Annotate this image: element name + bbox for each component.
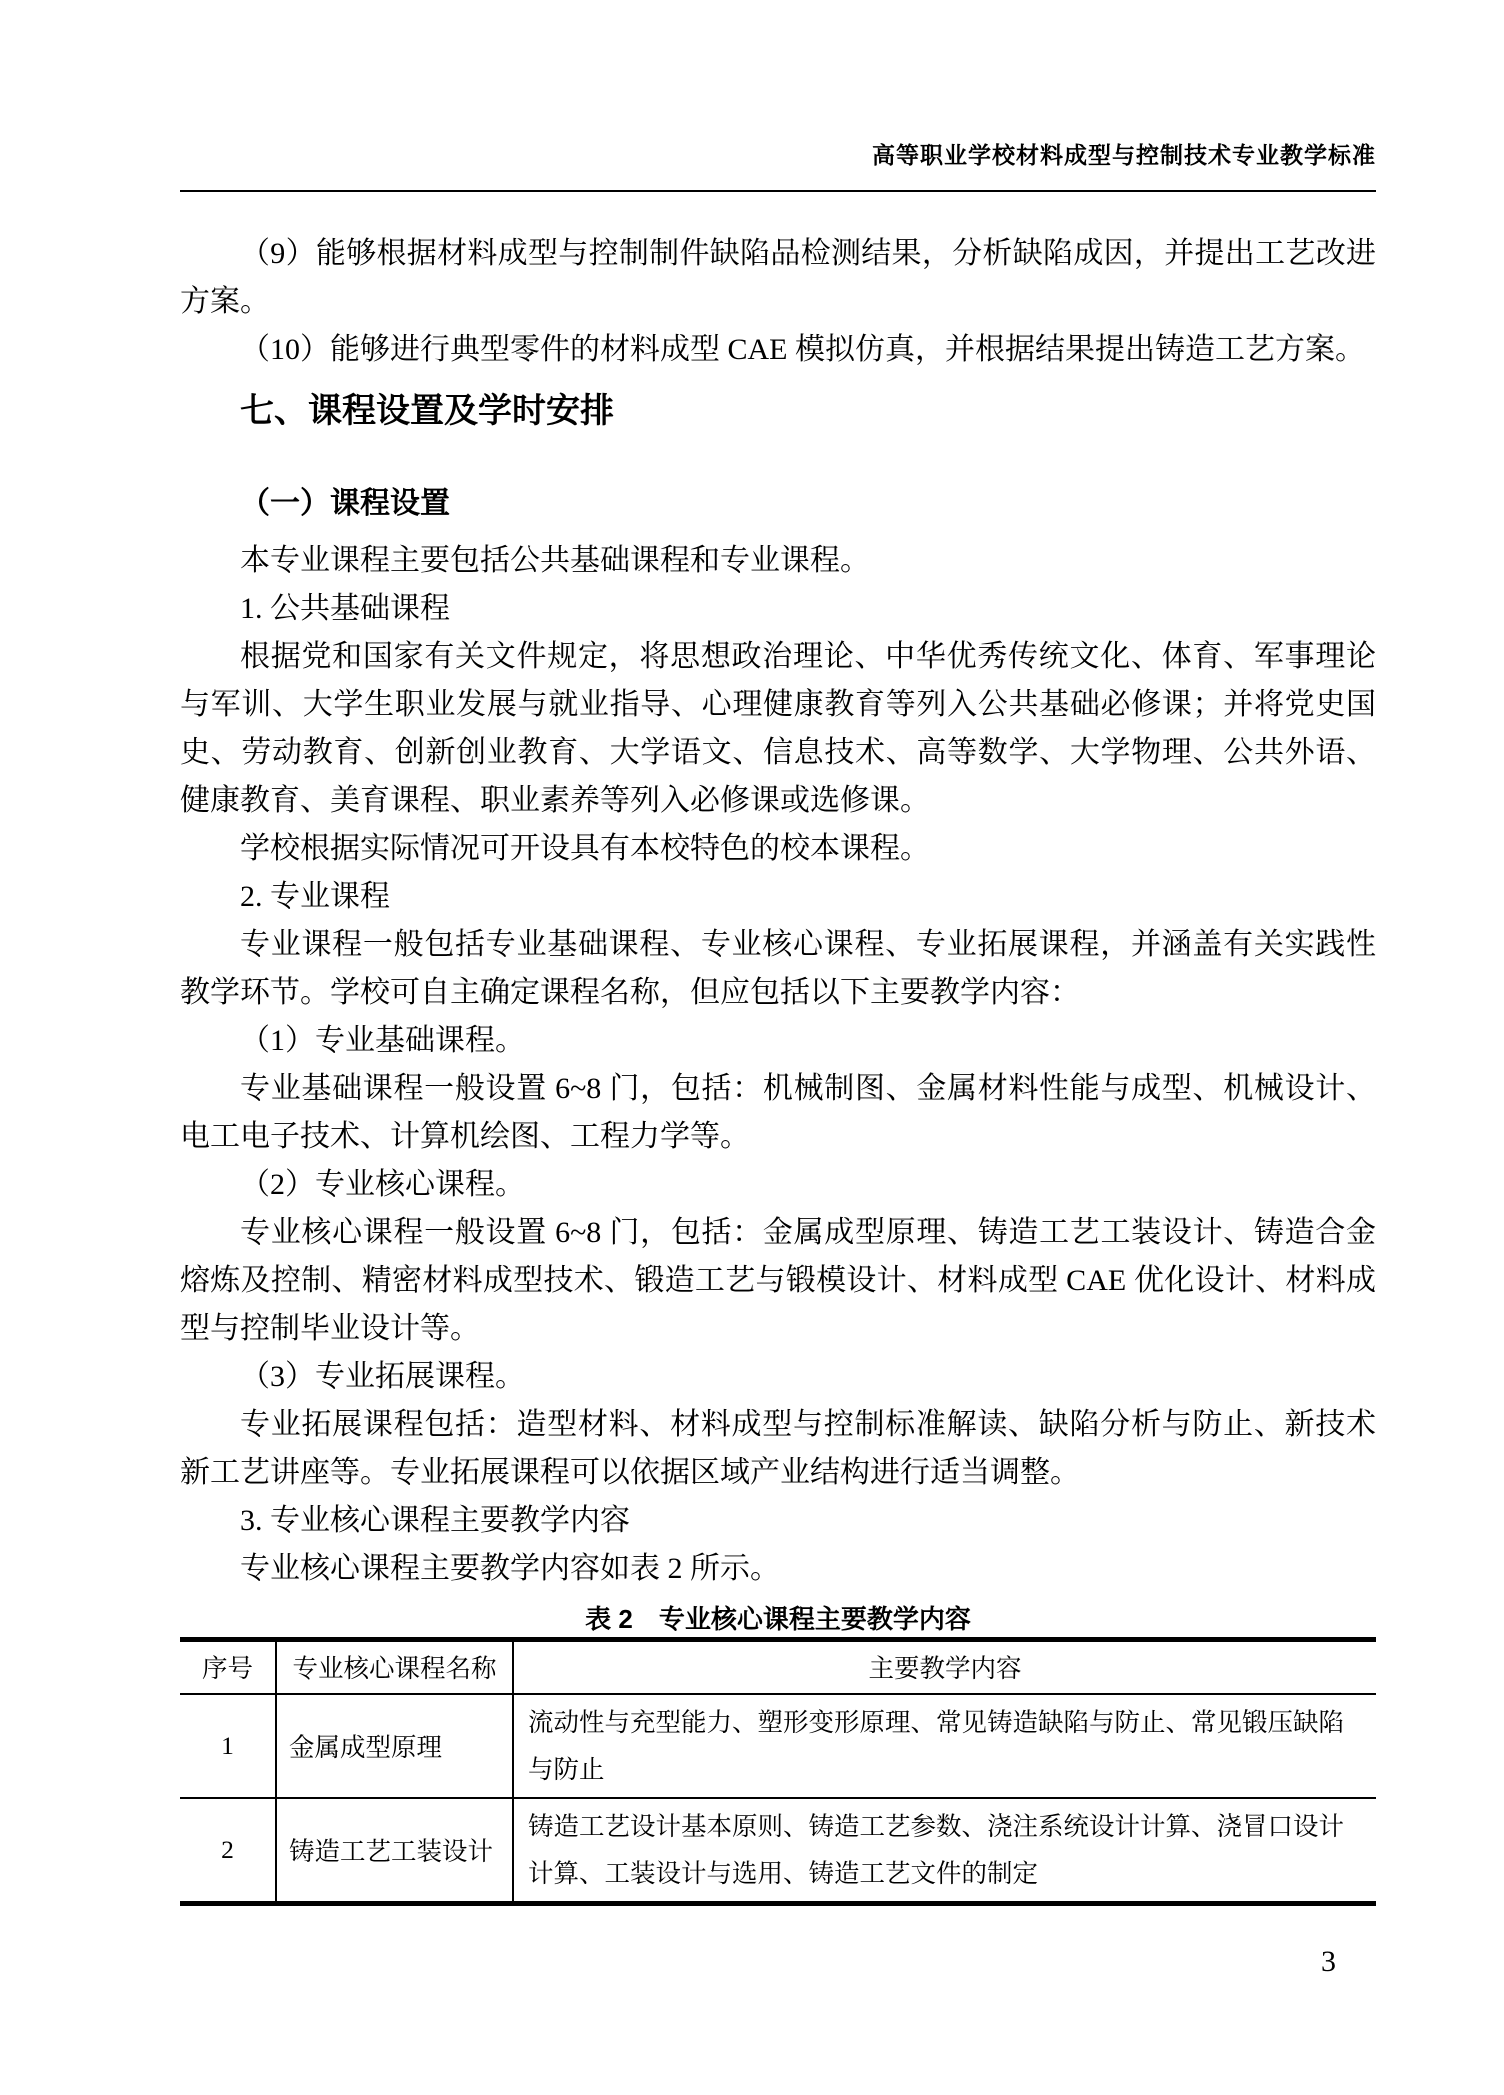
paragraph-overview: 本专业课程主要包括公共基础课程和专业课程。 bbox=[180, 537, 1376, 585]
section-heading: 七、课程设置及学时安排 bbox=[180, 388, 1376, 436]
table-row: 2 铸造工艺工装设计 铸造工艺设计基本原则、铸造工艺参数、浇注系统设计计算、浇冒… bbox=[180, 1798, 1376, 1904]
list-heading-2: 2. 专业课程 bbox=[180, 873, 1376, 921]
column-header-course-name: 专业核心课程名称 bbox=[276, 1640, 513, 1694]
paragraph-table-ref: 专业核心课程主要教学内容如表 2 所示。 bbox=[180, 1545, 1376, 1593]
paragraph-public-basic: 根据党和国家有关文件规定，将思想政治理论、中华优秀传统文化、体育、军事理论与军训… bbox=[180, 633, 1376, 825]
document-page: 高等职业学校材料成型与控制技术专业教学标准 （9）能够根据材料成型与控制制件缺陷… bbox=[0, 0, 1504, 2095]
paragraph-school-based: 学校根据实际情况可开设具有本校特色的校本课程。 bbox=[180, 825, 1376, 873]
cell-teaching-content: 流动性与充型能力、塑形变形原理、常见铸造缺陷与防止、常见锻压缺陷与防止 bbox=[513, 1694, 1376, 1798]
table-header-row: 序号 专业核心课程名称 主要教学内容 bbox=[180, 1640, 1376, 1694]
header-rule bbox=[180, 190, 1376, 192]
cell-teaching-content: 铸造工艺设计基本原则、铸造工艺参数、浇注系统设计计算、浇冒口设计计算、工装设计与… bbox=[513, 1798, 1376, 1904]
page-number: 3 bbox=[180, 1942, 1376, 1982]
cell-index: 1 bbox=[180, 1694, 276, 1798]
paragraph-extend-course: 专业拓展课程包括：造型材料、材料成型与控制标准解读、缺陷分析与防止、新技术新工艺… bbox=[180, 1401, 1376, 1497]
column-header-teaching-content: 主要教学内容 bbox=[513, 1640, 1376, 1694]
paragraph-item-p2: （2）专业核心课程。 bbox=[180, 1161, 1376, 1209]
paragraph-basic-course: 专业基础课程一般设置 6~8 门，包括：机械制图、金属材料性能与成型、机械设计、… bbox=[180, 1065, 1376, 1161]
table-row: 1 金属成型原理 流动性与充型能力、塑形变形原理、常见铸造缺陷与防止、常见锻压缺… bbox=[180, 1694, 1376, 1798]
cell-index: 2 bbox=[180, 1798, 276, 1904]
column-header-index: 序号 bbox=[180, 1640, 276, 1694]
table-caption: 表 2 专业核心课程主要教学内容 bbox=[180, 1601, 1376, 1637]
paragraph-item-10: （10）能够进行典型零件的材料成型 CAE 模拟仿真，并根据结果提出铸造工艺方案… bbox=[180, 326, 1376, 374]
cell-course-name: 金属成型原理 bbox=[276, 1694, 513, 1798]
paragraph-core-course: 专业核心课程一般设置 6~8 门，包括：金属成型原理、铸造工艺工装设计、铸造合金… bbox=[180, 1209, 1376, 1353]
paragraph-item-9: （9）能够根据材料成型与控制制件缺陷品检测结果，分析缺陷成因，并提出工艺改进方案… bbox=[180, 230, 1376, 326]
running-header-title: 高等职业学校材料成型与控制技术专业教学标准 bbox=[180, 0, 1376, 170]
core-courses-table: 序号 专业核心课程名称 主要教学内容 1 金属成型原理 流动性与充型能力、塑形变… bbox=[180, 1637, 1376, 1906]
cell-course-name: 铸造工艺工装设计 bbox=[276, 1798, 513, 1904]
paragraph-major-course: 专业课程一般包括专业基础课程、专业核心课程、专业拓展课程，并涵盖有关实践性教学环… bbox=[180, 921, 1376, 1017]
list-heading-1: 1. 公共基础课程 bbox=[180, 585, 1376, 633]
paragraph-item-p1: （1）专业基础课程。 bbox=[180, 1017, 1376, 1065]
content-area: 高等职业学校材料成型与控制技术专业教学标准 （9）能够根据材料成型与控制制件缺陷… bbox=[180, 0, 1376, 1982]
sub-heading: （一）课程设置 bbox=[180, 480, 1376, 528]
paragraph-item-p3: （3）专业拓展课程。 bbox=[180, 1353, 1376, 1401]
list-heading-3: 3. 专业核心课程主要教学内容 bbox=[180, 1497, 1376, 1545]
